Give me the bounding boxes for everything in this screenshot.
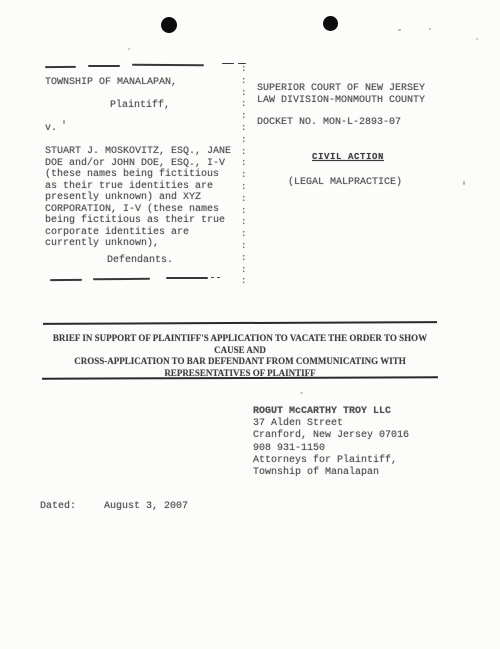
firm-block: ROGUT McCARTHY TROY LLC 37 Alden Street …	[253, 406, 409, 479]
dated-label: Dated:	[40, 501, 98, 512]
defendant-line: CORPORATION, I-V (these names	[45, 204, 231, 216]
caption-separator-colon: :	[241, 64, 251, 76]
caption-separator-colon: :	[241, 158, 251, 170]
hole-punch-mark	[161, 17, 177, 33]
caption-separator-colon: :	[241, 276, 251, 288]
firm-address-city: Cranford, New Jersey 07016	[253, 430, 409, 442]
dated-value: August 3, 2007	[104, 501, 188, 512]
plaintiff-role: Plaintiff,	[110, 100, 170, 112]
hole-punch-mark	[323, 16, 338, 31]
defendants-role: Defendants.	[107, 255, 173, 267]
caption-separator-colon: :	[241, 194, 251, 206]
scan-speck	[398, 29, 401, 31]
defendant-line: DOE and/or JOHN DOE, ESQ., I-V	[45, 158, 231, 170]
caption-separator-colon: :	[241, 123, 251, 135]
firm-phone: 908 931-1150	[253, 443, 409, 455]
scan-speck	[300, 392, 303, 394]
caption-separator-colon: :	[241, 253, 251, 265]
caption-separator-colon: :	[241, 99, 251, 111]
firm-name: ROGUT McCARTHY TROY LLC	[253, 406, 409, 418]
firm-role-line1: Attorneys for Plaintiff,	[253, 455, 409, 467]
scan-speck	[63, 120, 65, 124]
title-bottom-rule	[42, 376, 438, 379]
caption-separator-colon: :	[241, 217, 251, 229]
scan-speck	[476, 38, 478, 40]
plaintiff-name: TOWNSHIP OF MANALAPAN,	[45, 77, 177, 89]
scanned-legal-brief-cover: TOWNSHIP OF MANALAPAN, Plaintiff, v. STU…	[0, 0, 500, 649]
firm-role-line2: Township of Manalapan	[253, 467, 409, 479]
docket-number: DOCKET NO. MON-L-2893-07	[257, 117, 401, 129]
action-type-note: (LEGAL MALPRACTICE)	[288, 177, 402, 189]
firm-address-street: 37 Alden Street	[253, 418, 409, 430]
defendant-line: (these names being fictitious	[45, 169, 231, 181]
caption-separator-colon: :	[241, 170, 251, 182]
caption-separator-colon: :	[241, 182, 251, 194]
court-division: LAW DIVISION-MONMOUTH COUNTY	[257, 95, 425, 107]
defendant-line: presently unknown) and XYZ	[45, 192, 231, 204]
defendant-line: currently unknown),	[45, 238, 231, 250]
defendant-name-lines: STUART J. MOSKOVITZ, ESQ., JANEDOE and/o…	[45, 146, 231, 250]
civil-action-label: CIVIL ACTION	[312, 152, 384, 164]
brief-title-line: BRIEF IN SUPPORT OF PLAINTIFF'S APPLICAT…	[42, 333, 438, 356]
scan-speck	[463, 181, 465, 185]
defendant-line: corporate identities are	[45, 227, 231, 239]
brief-title-line: CROSS-APPLICATION TO BAR DEFENDANT FROM …	[42, 356, 438, 368]
caption-separator-colon: :	[241, 241, 251, 253]
caption-separator-colon: :	[241, 206, 251, 218]
brief-title: BRIEF IN SUPPORT OF PLAINTIFF'S APPLICAT…	[42, 333, 438, 379]
caption-separator-colon: :	[241, 111, 251, 123]
defendant-line: STUART J. MOSKOVITZ, ESQ., JANE	[45, 146, 231, 158]
versus-label: v.	[45, 123, 57, 135]
court-name: SUPERIOR COURT OF NEW JERSEY	[257, 83, 425, 95]
caption-separator-colon: :	[241, 147, 251, 159]
caption-separator-colon: :	[241, 229, 251, 241]
caption-separator-colon: :	[241, 265, 251, 277]
caption-separator-colon: :	[241, 135, 251, 147]
defendant-line: as their true identities are	[45, 181, 231, 193]
title-top-rule	[43, 321, 437, 325]
caption-separator-column: :::::::::::::::::::	[241, 64, 251, 288]
scan-speck	[128, 48, 130, 50]
caption-separator-colon: :	[241, 76, 251, 88]
caption-separator-colon: :	[241, 88, 251, 100]
scan-speck	[429, 28, 431, 30]
defendant-line: being fictitious as their true	[45, 215, 231, 227]
dated-line: Dated: August 3, 2007	[40, 501, 188, 512]
